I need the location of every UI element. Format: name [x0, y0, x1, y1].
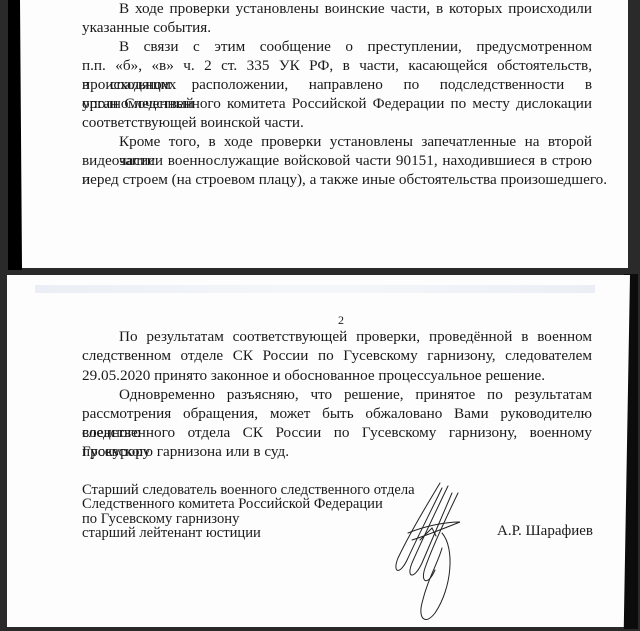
scan-artifact — [35, 285, 595, 293]
paragraph-line: соответствующей воинской части. — [82, 113, 304, 132]
paragraph-line: По результатам соответствующей проверки,… — [119, 327, 592, 346]
paragraph-line: 29.05.2020 принято законное и обоснованн… — [82, 366, 545, 385]
signature-block: Старший следователь военного следственно… — [82, 483, 415, 540]
paragraph-line: Гусевского гарнизона или в суд. — [82, 442, 289, 461]
page-number: 2 — [338, 313, 344, 328]
scan-frame-edge — [8, 0, 22, 270]
paragraph-line: орган Следственного комитета Российской … — [82, 94, 592, 113]
paragraph-line: В ходе проверки установлены воинские час… — [119, 0, 592, 18]
paragraph-line: В связи с этим сообщение о преступлении,… — [119, 37, 592, 56]
paragraph-line: указанные события. — [82, 18, 211, 37]
paragraph-line: Одновременно разъясняю, что решение, при… — [119, 385, 592, 404]
signer-title-line: старший лейтенант юстиции — [82, 526, 415, 540]
signer-title-line: Следственного комитета Российской Федера… — [82, 497, 415, 511]
handwritten-signature-icon — [380, 478, 490, 623]
signer-title-line: по Гусевскому гарнизону — [82, 512, 415, 526]
signer-name: А.Р. Шарафиев — [497, 523, 593, 540]
paragraph-line: перед строем (на строевом плацу), а такж… — [82, 170, 607, 189]
signer-title-line: Старший следователь военного следственно… — [82, 483, 415, 497]
paragraph-line: следственном отделе СК России по Гусевск… — [82, 346, 592, 365]
